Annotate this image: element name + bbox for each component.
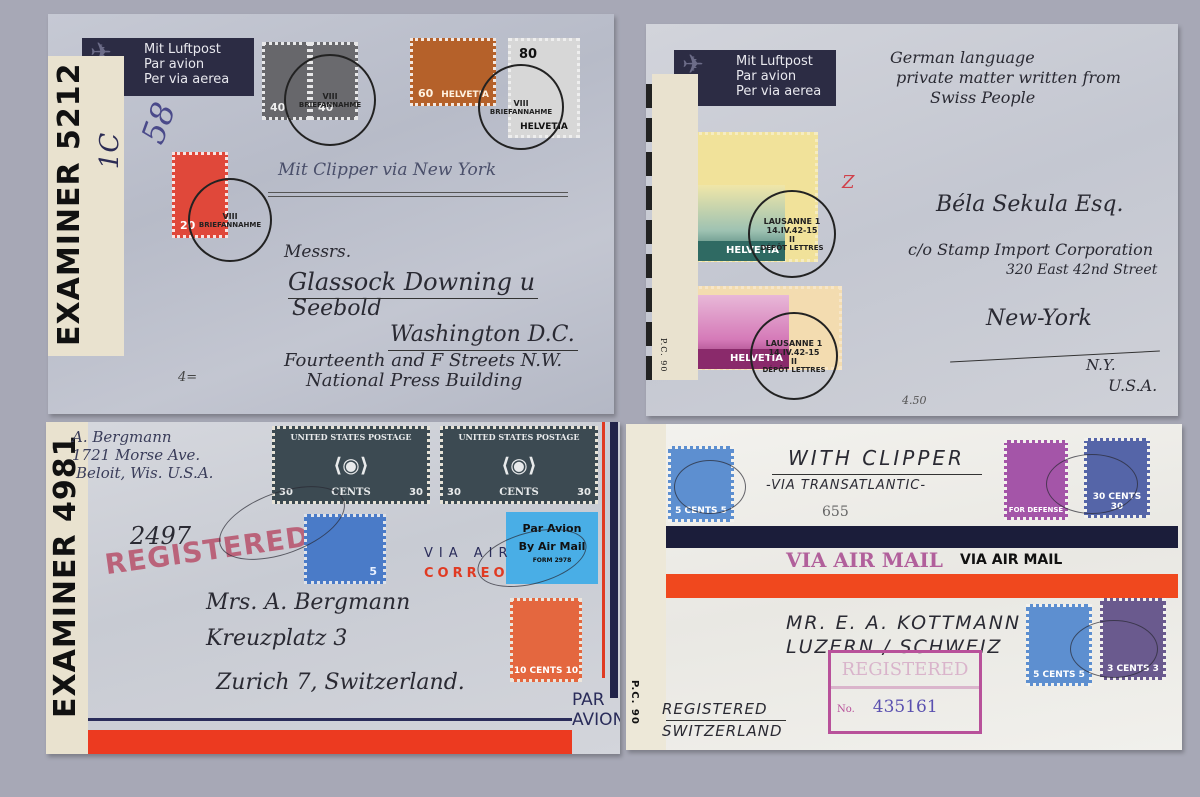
airmail-label-line: Mit Luftpost [736, 54, 828, 69]
stripe-navy [86, 718, 572, 721]
postmark: VIII BRIEFANNAHME [478, 64, 564, 150]
item-number: 655 [822, 504, 849, 520]
divider [268, 192, 568, 193]
handwritten-note: Swiss People [930, 88, 1035, 107]
address-line: 320 East 42nd Street [1006, 262, 1157, 278]
censor-tape: EXAMINER 5212 1C [48, 56, 124, 356]
airmail-label-line: Mit Luftpost [144, 42, 246, 57]
address-line: Washington D.C. [390, 322, 575, 347]
address-line: U.S.A. [1108, 376, 1157, 395]
postmark: VIII BRIEFANNAHME [284, 54, 376, 146]
address-line: MR. E. A. KOTTMANN [786, 612, 1021, 634]
underline [288, 298, 538, 299]
censor-tape: P.C. 90 [626, 424, 666, 750]
cancel-oval [674, 460, 746, 514]
airmail-label-line: Per via aerea [144, 72, 246, 87]
cancel-oval [1046, 454, 1138, 514]
via-air-mail-printed: VIA AIR MAIL [960, 552, 1062, 568]
underline [388, 350, 578, 351]
cover-swiss-zurich: ✈ Mit Luftpost Par avion Per via aerea E… [48, 14, 614, 414]
censor-tape-text: P.C. 90 [659, 338, 668, 372]
airmail-label-line: Par avion [736, 69, 828, 84]
airmail-label-line: Per via aerea [736, 84, 828, 99]
stripe-navy-vertical [610, 422, 618, 698]
handwritten-note: private matter written from [896, 68, 1121, 87]
cover-us-luzern: P.C. 90 VIA AIR MAIL VIA AIR MAIL 5 CENT… [626, 424, 1182, 750]
stripe-navy [666, 526, 1178, 548]
divider [268, 196, 568, 197]
censor-note: 1C [95, 133, 125, 169]
postmark: VIII BRIEFANNAHME [188, 178, 272, 262]
airplane-icon: ✈ [682, 58, 704, 73]
airmail-label: ✈ Mit Luftpost Par avion Per via aerea [674, 50, 836, 106]
address-line: Messrs. [284, 242, 351, 262]
winged-globe-icon: ⟨◉⟩ [275, 456, 427, 474]
sender-line: Beloit, Wis. U.S.A. [76, 464, 213, 482]
sender-line: 1721 Morse Ave. [72, 446, 200, 464]
registration-box: REGISTERED No. 435161 [828, 650, 982, 734]
airmail-label-line: Par avion [144, 57, 246, 72]
registration-number: 435161 [873, 697, 938, 717]
postmark-lausanne: LAUSANNE 1 14.IV.42-15 II DÉPÔT LETTRES [750, 312, 838, 400]
address-line: Glassock Downing u [288, 268, 535, 296]
pencil-mark: 58 [134, 97, 184, 148]
stamp-10-cents: 10 CENTS 10 [510, 598, 582, 682]
address-line: Béla Sekula Esq. [936, 192, 1124, 217]
stripe-red-vertical [602, 422, 605, 678]
address-line: Fourteenth and F Streets N.W. [284, 350, 562, 371]
address-line: Mrs. A. Bergmann [206, 590, 410, 615]
stamp-trans-atlantic-30: UNITED STATES POSTAGE ⟨◉⟩ 30 CENTS 30 [440, 426, 598, 504]
bottom-left-line: REGISTERED [662, 700, 768, 718]
stripe-red [86, 730, 572, 754]
stripe-orange [666, 574, 1178, 598]
pencil-price: 4= [178, 370, 197, 385]
address-line: Zurich 7, Switzerland. [216, 670, 465, 695]
censor-tape-text: P.C. 90 [629, 680, 640, 725]
cover-swiss-lausanne: ✈ Mit Luftpost Par avion Per via aerea H… [646, 24, 1178, 416]
sender-line: A. Bergmann [72, 428, 172, 446]
address-line: N.Y. [1086, 356, 1116, 374]
routing-note: Mit Clipper via New York [278, 160, 496, 180]
red-mark: Z [842, 172, 855, 193]
postmark-lausanne: LAUSANNE 1 14.IV.42-15 II DÉPÔT LETTRES [748, 190, 836, 278]
censor-tape-text: EXAMINER 5212 [52, 63, 87, 347]
par-avion-text: PAR AVION [572, 690, 620, 730]
routing-line: WITH CLIPPER [788, 446, 965, 470]
via-air-mail-stamp: VIA AIR MAIL [786, 548, 943, 572]
address-line: Seebold [292, 296, 382, 321]
routing-line: -VIA TRANSATLANTIC- [766, 478, 926, 493]
cancel-oval [1070, 620, 1158, 678]
underline [950, 351, 1160, 363]
address-line: National Press Building [306, 370, 522, 391]
winged-globe-icon: ⟨◉⟩ [443, 456, 595, 474]
address-line: Kreuzplatz 3 [206, 626, 347, 651]
address-line: New-York [986, 306, 1092, 331]
censor-tape: P.C. 90 [652, 74, 698, 380]
pencil-price: 4.50 [902, 394, 927, 407]
cover-us-beloit: EXAMINER 4981 A. Bergmann 1721 Morse Ave… [46, 422, 620, 754]
address-line: c/o Stamp Import Corporation [908, 240, 1153, 259]
underline [772, 474, 982, 475]
handwritten-note: German language [890, 48, 1035, 67]
underline [666, 720, 786, 721]
bottom-left-line: SWITZERLAND [662, 722, 783, 740]
